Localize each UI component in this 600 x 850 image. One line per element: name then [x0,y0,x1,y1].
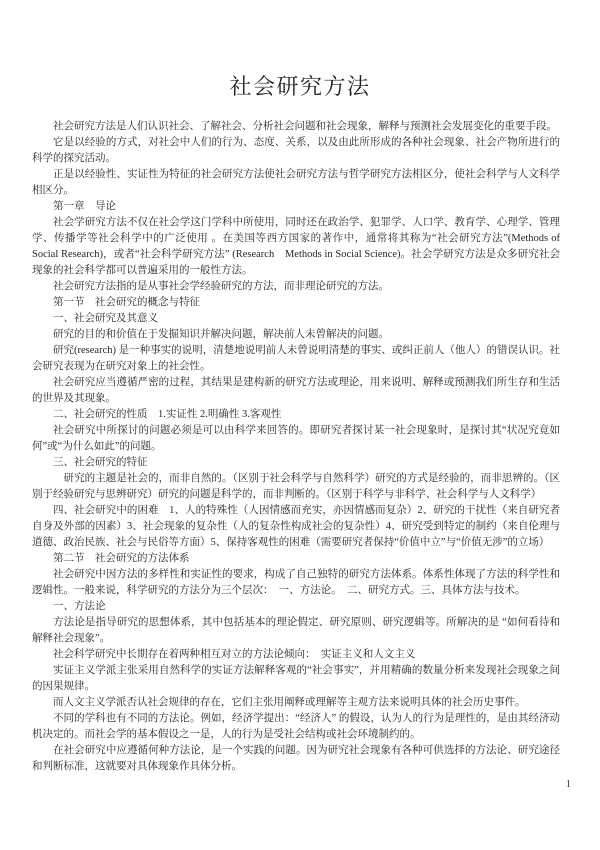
paragraph-two-trends: 社会科学研究中长期存在着两种相互对立的方法论倾向： 实证主义和人文主义 [32,647,560,663]
heading-chapter-1: 第一章 导论 [32,199,560,215]
paragraph-method-system: 社会研究中因方法的多样性和实证性的要求，构成了自己独特的研究方法体系。体系性体现… [32,567,560,599]
document-body: 社会研究方法是人们认识社会、了解社会、分析社会问题和社会现象，解释与预测社会发展… [0,119,600,775]
paragraph-disciplines: 不同的学科也有不同的方法论。例如，经济学提出：“经济人” 的假设，认为人的行为是… [32,711,560,743]
paragraph-methodology: 方法论是指导研究的思想体系，其中包括基本的理论假定、研究原则、研究逻辑等。所解决… [32,615,560,647]
paragraph-nature: 社会研究中所探讨的问题必须是可以由科学来回答的。即研究者探讨某一社会现象时，是探… [32,423,560,455]
paragraph-research-goal: 研究的目的和价值在于发掘知识并解决问题，解决前人未曾解决的问题。 [32,327,560,343]
paragraph-humanism: 而人文主义学派否认社会规律的存在，它们主张用阐释或理解等主观方法来说明具体的社会… [32,695,560,711]
heading-section-1-2: 第二节 社会研究的方法体系 [32,551,560,567]
paragraph-research-proc: 社会研究应当遵循严密的过程，其结果是建构新的研究方法或理论，用来说明、解释或预测… [32,375,560,407]
paragraph-research-def: 研究(research) 是一种事实的说明，清楚地说明前人未曾说明清楚的事实、或… [32,343,560,375]
paragraph-chapter-intro: 社会学研究方法不仅在社会学这门学科中所使用，同时还在政治学、犯罪学、人口学、教育… [32,215,560,279]
heading-sub-3: 三、社会研究的特征 [32,455,560,471]
paragraph-features: 研究的主题是社会的，而非自然的。（区别于社会科学与自然科学）研究的方式是经验的，… [32,471,560,503]
paragraph-method-scope: 社会研究方法指的是从事社会学经验研究的方法，而非理论研究的方法。 [32,279,560,295]
heading-sub-methodology: 一、方法论 [32,599,560,615]
paragraph-intro-1: 社会研究方法是人们认识社会、了解社会、分析社会问题和社会现象，解释与预测社会发展… [32,119,560,135]
heading-sub-4-difficulty: 四、社会研究中的困难 1、人的特殊性（人因情感而充实，亦因情感而复杂）2、研究的… [32,503,560,551]
document-page: 社会研究方法 社会研究方法是人们认识社会、了解社会、分析社会问题和社会现象，解释… [0,0,600,850]
heading-section-1-1: 第一节 社会研究的概念与特征 [32,295,560,311]
heading-sub-1: 一、社会研究及其意义 [32,311,560,327]
paragraph-positivism: 实证主义学派主张采用自然科学的实证方法解释客观的“社会事实”，并用精确的数量分析… [32,663,560,695]
page-number: 1 [566,778,571,792]
paragraph-intro-2: 它是以经验的方式，对社会中人们的行为、态度、关系，以及由此所形成的各种社会现象、… [32,135,560,167]
heading-sub-2: 二、社会研究的性质 1.实证性 2.明确性 3.客观性 [32,407,560,423]
paragraph-practice: 在社会研究中应遵循何种方法论，是一个实践的问题。因为研究社会现象有各种可供选择的… [32,743,560,775]
paragraph-intro-3: 正是以经验性、实证性为特征的社会研究方法使社会研究方法与哲学研究方法相区分，使社… [32,167,560,199]
document-title: 社会研究方法 [0,0,600,102]
